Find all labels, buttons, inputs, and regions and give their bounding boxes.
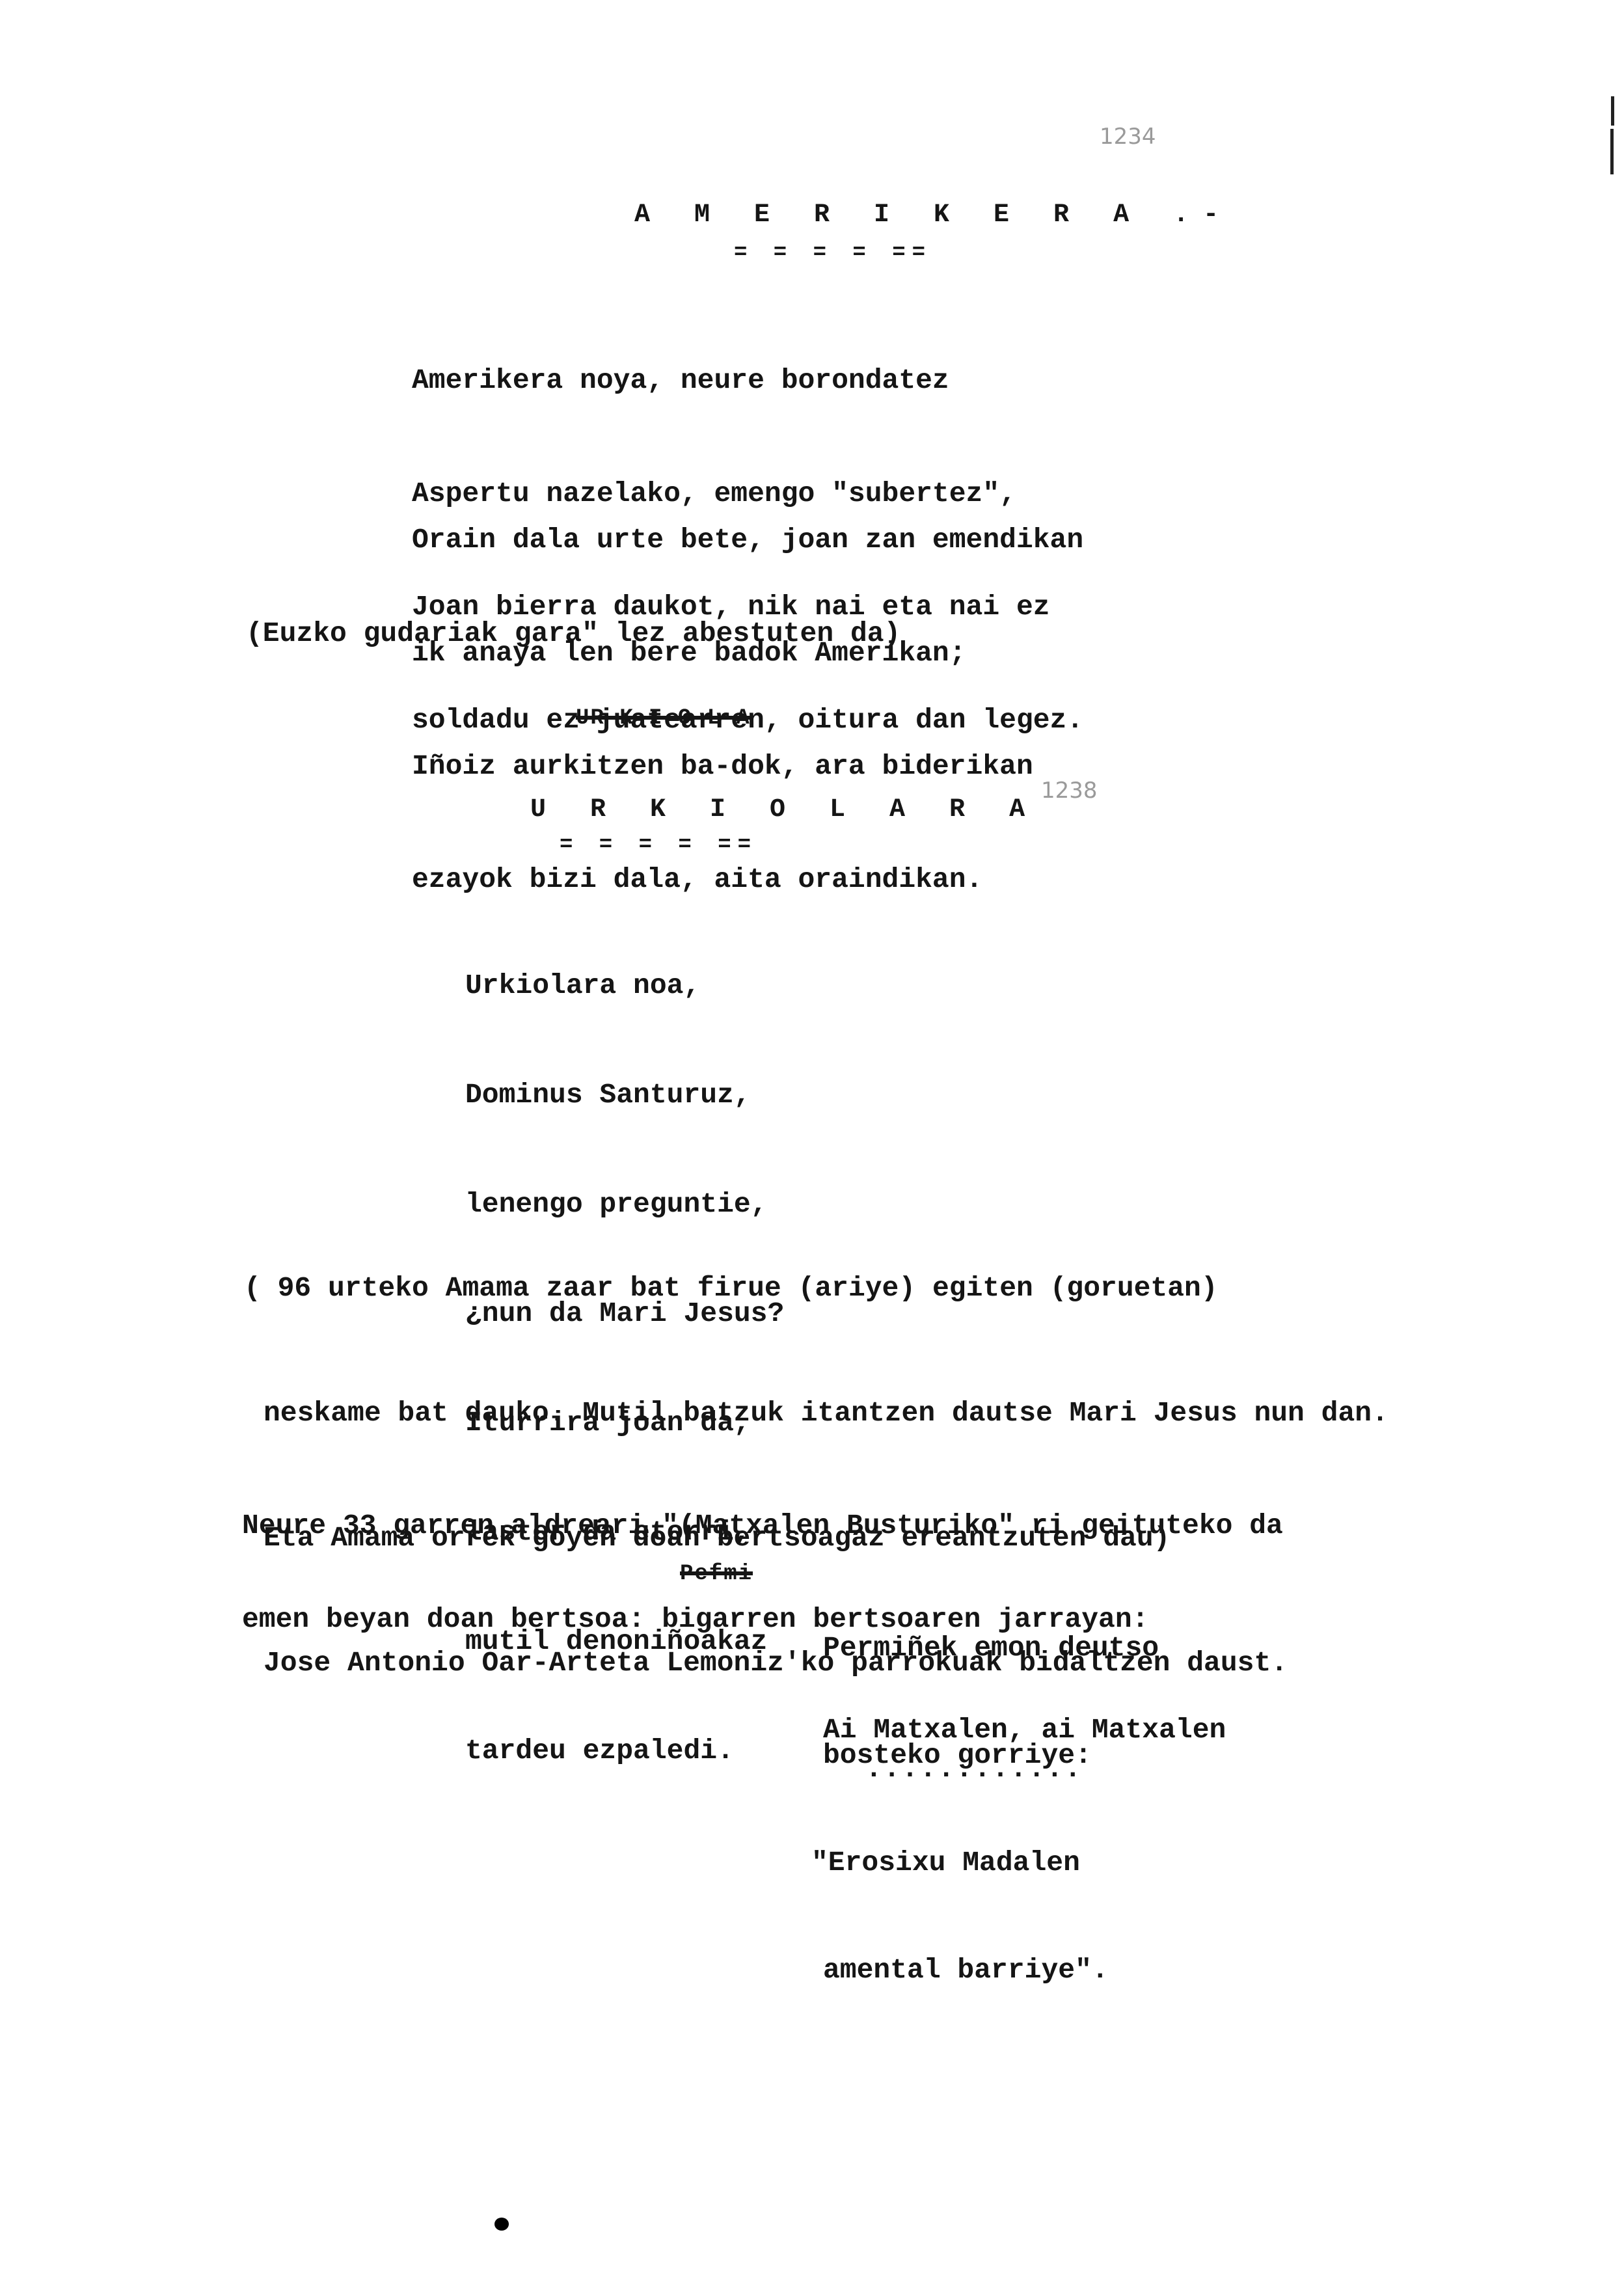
addendum-verse: Permiñek emon deutso bosteko gorriye: "E…: [823, 1558, 1159, 2059]
title-underline: = = = = ==: [734, 241, 932, 265]
verse-line: Amerikera noya, neure borondatez: [412, 362, 1083, 400]
verse-line: Iñoiz aurkitzen ba-dok, ara biderikan: [412, 748, 1083, 785]
section-title-urkiolara: U R K I O L A R A: [530, 795, 1039, 824]
verse-line: ezayok bizi dala, aita oraindikan.: [412, 861, 1083, 899]
intro-line: Neure 33 garren aldreari "(Matxalen Bust…: [242, 1510, 1283, 1542]
verse-line: Dominus Santuruz,: [465, 1077, 784, 1113]
document-page: 1234 1238 A M E R I K E R A .- = = = = =…: [0, 0, 1624, 2282]
note-line: neskame bat dauko. Mutil batzuk itantzen…: [244, 1392, 1388, 1434]
verse-line: Orain dala urte bete, joan zan emendikan: [412, 521, 1083, 559]
addendum-refrain: Ai Matxalen, ai Matxalen: [823, 1711, 1226, 1749]
struck-word: Pefmi: [680, 1562, 753, 1586]
verse-line: Permiñek emon deutso: [823, 1630, 1159, 1666]
title-underline: = = = = ==: [560, 833, 757, 858]
ink-dot: [494, 2218, 509, 2231]
ellipsis: ............: [865, 1750, 1083, 1788]
verse-line: amental barriye".: [823, 1952, 1159, 1988]
section-title-amerikera: A M E R I K E R A .-: [634, 200, 1233, 230]
margin-scan-mark: [1611, 96, 1614, 126]
struck-heading: UR-K-I-O-L-A: [576, 706, 751, 731]
verse-line: Urkiolara noa,: [465, 968, 784, 1004]
verse-line: "Erosixu Madalen: [811, 1845, 1159, 1881]
pencil-annotation-top: 1234: [1100, 124, 1156, 150]
amerikera-note: (Euzko gudariak gara" lez abestuten da): [246, 615, 900, 653]
note-line: ( 96 urteko Amama zaar bat firue (ariye)…: [244, 1268, 1388, 1309]
margin-scan-mark: [1610, 129, 1614, 174]
